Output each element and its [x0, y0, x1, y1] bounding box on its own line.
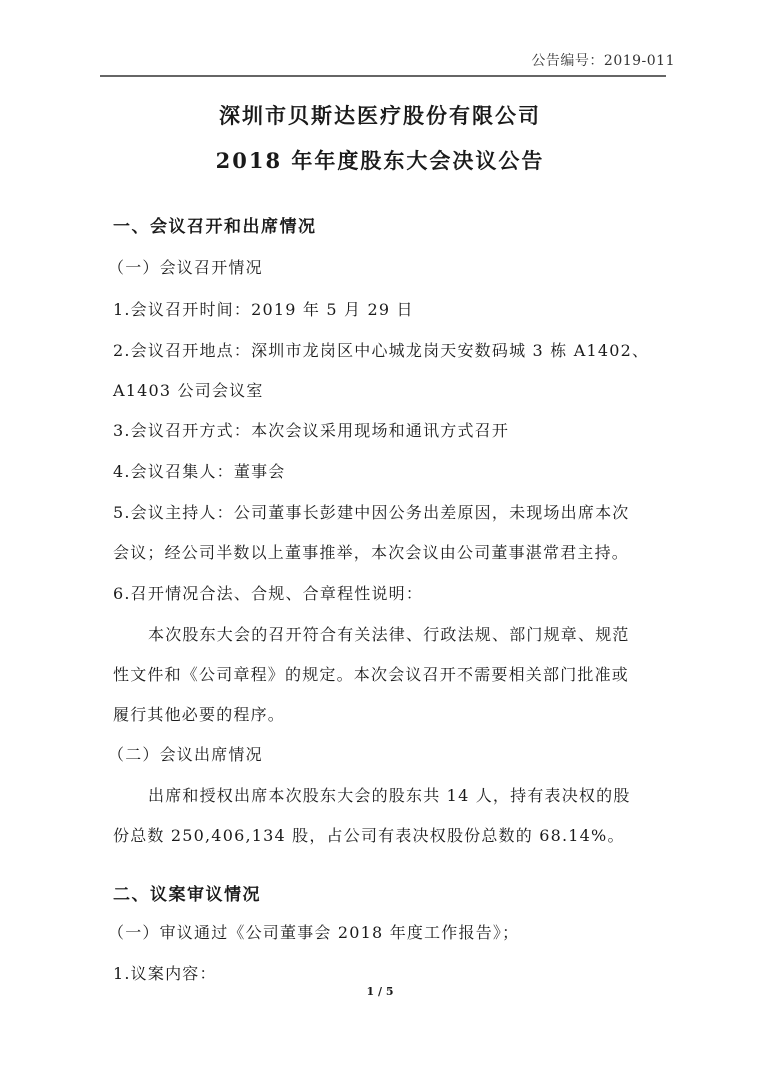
section-heading-1: 一、会议召开和出席情况 [113, 212, 317, 237]
paragraph-attendance-cont: 份总数 250,406,134 股，占公司有表决权股份总数的 68.14%。 [113, 823, 625, 846]
announcement-code: 公告编号：2019-011 [531, 50, 675, 70]
item-meeting-method: 3.会议召开方式：本次会议采用现场和通讯方式召开 [113, 418, 509, 441]
item-meeting-location: 2.会议召开地点：深圳市龙岗区中心城龙岗天安数码城 3 栋 A1402、 [113, 338, 649, 361]
page-number: 1 / 5 [0, 985, 760, 998]
section-heading-2: 二、议案审议情况 [113, 880, 261, 905]
item-meeting-time: 1.会议召开时间：2019 年 5 月 29 日 [113, 297, 414, 320]
item-convener: 4.会议召集人：董事会 [113, 459, 285, 482]
paragraph-legality: 本次股东大会的召开符合有关法律、行政法规、部门规章、规范 [148, 622, 630, 645]
item-meeting-location-cont: A1403 公司会议室 [113, 378, 264, 401]
item-host: 5.会议主持人：公司董事长彭建中因公务出差原因，未现场出席本次 [113, 500, 629, 523]
document-title-line1: 深圳市贝斯达医疗股份有限公司 [0, 100, 760, 130]
header-rule [100, 75, 666, 77]
subsection-heading: （一）会议召开情况 [108, 255, 263, 278]
item-proposal-content: 1.议案内容： [113, 961, 217, 984]
document-title-line2: 2018 年年度股东大会决议公告 [0, 145, 760, 175]
paragraph-legality-cont: 性文件和《公司章程》的规定。本次会议召开不需要相关部门批准或 [113, 662, 629, 685]
paragraph-legality-cont: 履行其他必要的程序。 [113, 702, 285, 725]
item-host-cont: 会议；经公司半数以上董事推举，本次会议由公司董事湛常君主持。 [113, 540, 629, 563]
subsection-heading: （一）审议通过《公司董事会 2018 年度工作报告》； [108, 920, 519, 943]
paragraph-attendance: 出席和授权出席本次股东大会的股东共 14 人，持有表决权的股 [148, 783, 631, 806]
item-legality: 6.召开情况合法、合规、合章程性说明： [113, 581, 423, 604]
subsection-heading: （二）会议出席情况 [108, 742, 263, 765]
